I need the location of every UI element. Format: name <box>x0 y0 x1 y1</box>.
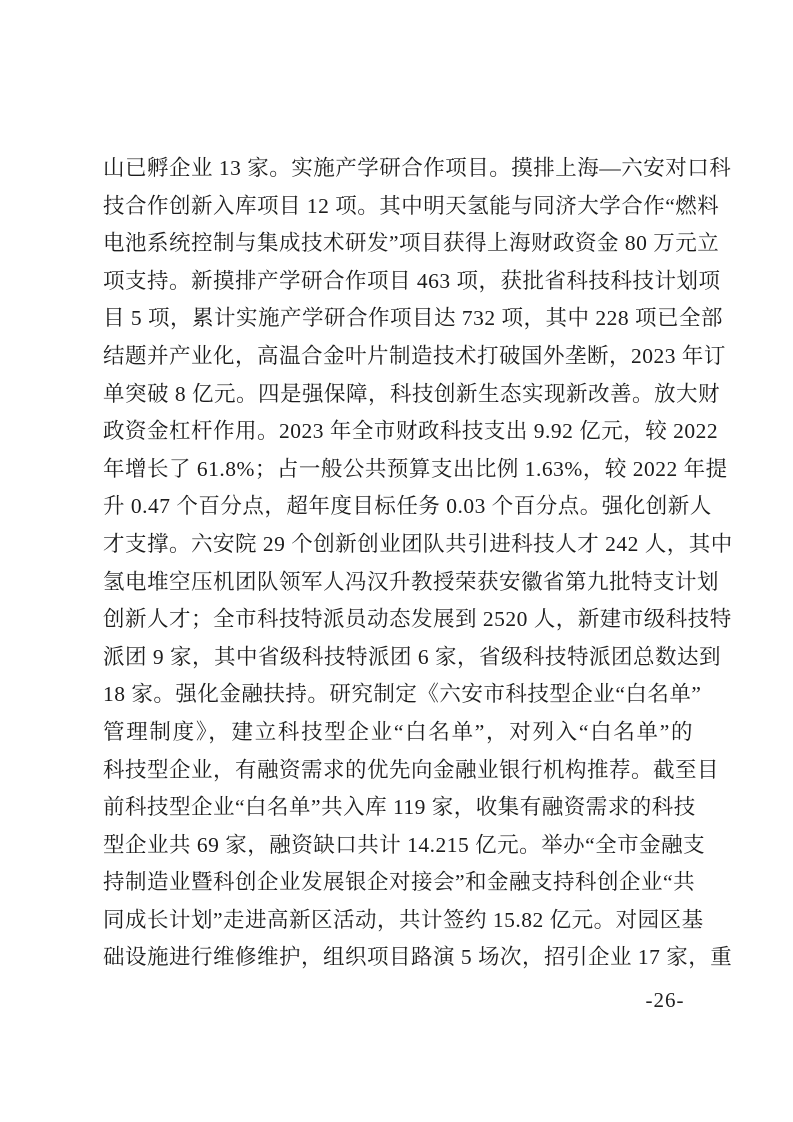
text-line: 创新人才；全市科技特派员动态发展到 2520 人，新建市级科技特 <box>103 601 693 639</box>
text-line: 目 5 项，累计实施产学研合作项目达 732 项，其中 228 项已全部 <box>103 300 693 338</box>
text-line: 项支持。新摸排产学研合作项目 463 项，获批省科技科技计划项 <box>103 263 693 301</box>
text-line: 18 家。强化金融扶持。研究制定《六安市科技型企业“白名单” <box>103 676 693 714</box>
text-line: 氢电堆空压机团队领军人冯汉升教授荣获安徽省第九批特支计划 <box>103 564 693 602</box>
text-line: 升 0.47 个百分点，超年度目标任务 0.03 个百分点。强化创新人 <box>103 488 693 526</box>
text-line: 型企业共 69 家，融资缺口共计 14.215 亿元。举办“全市金融支 <box>103 827 693 865</box>
page-number: -26- <box>620 988 710 1013</box>
document-page: 山已孵企业 13 家。实施产学研合作项目。摸排上海—六安对口科 技合作创新入库项… <box>0 0 793 1122</box>
text-line: 才支撑。六安院 29 个创新创业团队共引进科技人才 242 人，其中 <box>103 526 693 564</box>
text-line: 单突破 8 亿元。四是强保障，科技创新生态实现新改善。放大财 <box>103 376 693 414</box>
text-line: 管理制度》，建立科技型企业“白名单”，对列入“白名单”的 <box>103 714 693 752</box>
text-line: 同成长计划”走进高新区活动，共计签约 15.82 亿元。对园区基 <box>103 902 693 940</box>
text-line: 结题并产业化，高温合金叶片制造技术打破国外垄断，2023 年订 <box>103 338 693 376</box>
text-line: 前科技型企业“白名单”共入库 119 家，收集有融资需求的科技 <box>103 789 693 827</box>
text-line: 科技型企业，有融资需求的优先向金融业银行机构推荐。截至目 <box>103 752 693 790</box>
text-line: 派团 9 家，其中省级科技特派团 6 家，省级科技特派团总数达到 <box>103 639 693 677</box>
text-line: 技合作创新入库项目 12 项。其中明天氢能与同济大学合作“燃料 <box>103 188 693 226</box>
body-text: 山已孵企业 13 家。实施产学研合作项目。摸排上海—六安对口科 技合作创新入库项… <box>103 150 693 977</box>
text-line: 山已孵企业 13 家。实施产学研合作项目。摸排上海—六安对口科 <box>103 150 693 188</box>
text-line: 年增长了 61.8%；占一般公共预算支出比例 1.63%，较 2022 年提 <box>103 451 693 489</box>
text-line: 础设施进行维修维护，组织项目路演 5 场次，招引企业 17 家，重 <box>103 939 693 977</box>
text-line: 持制造业暨科创企业发展银企对接会”和金融支持科创企业“共 <box>103 864 693 902</box>
text-line: 政资金杠杆作用。2023 年全市财政科技支出 9.92 亿元，较 2022 <box>103 413 693 451</box>
text-line: 电池系统控制与集成技术研发”项目获得上海财政资金 80 万元立 <box>103 225 693 263</box>
